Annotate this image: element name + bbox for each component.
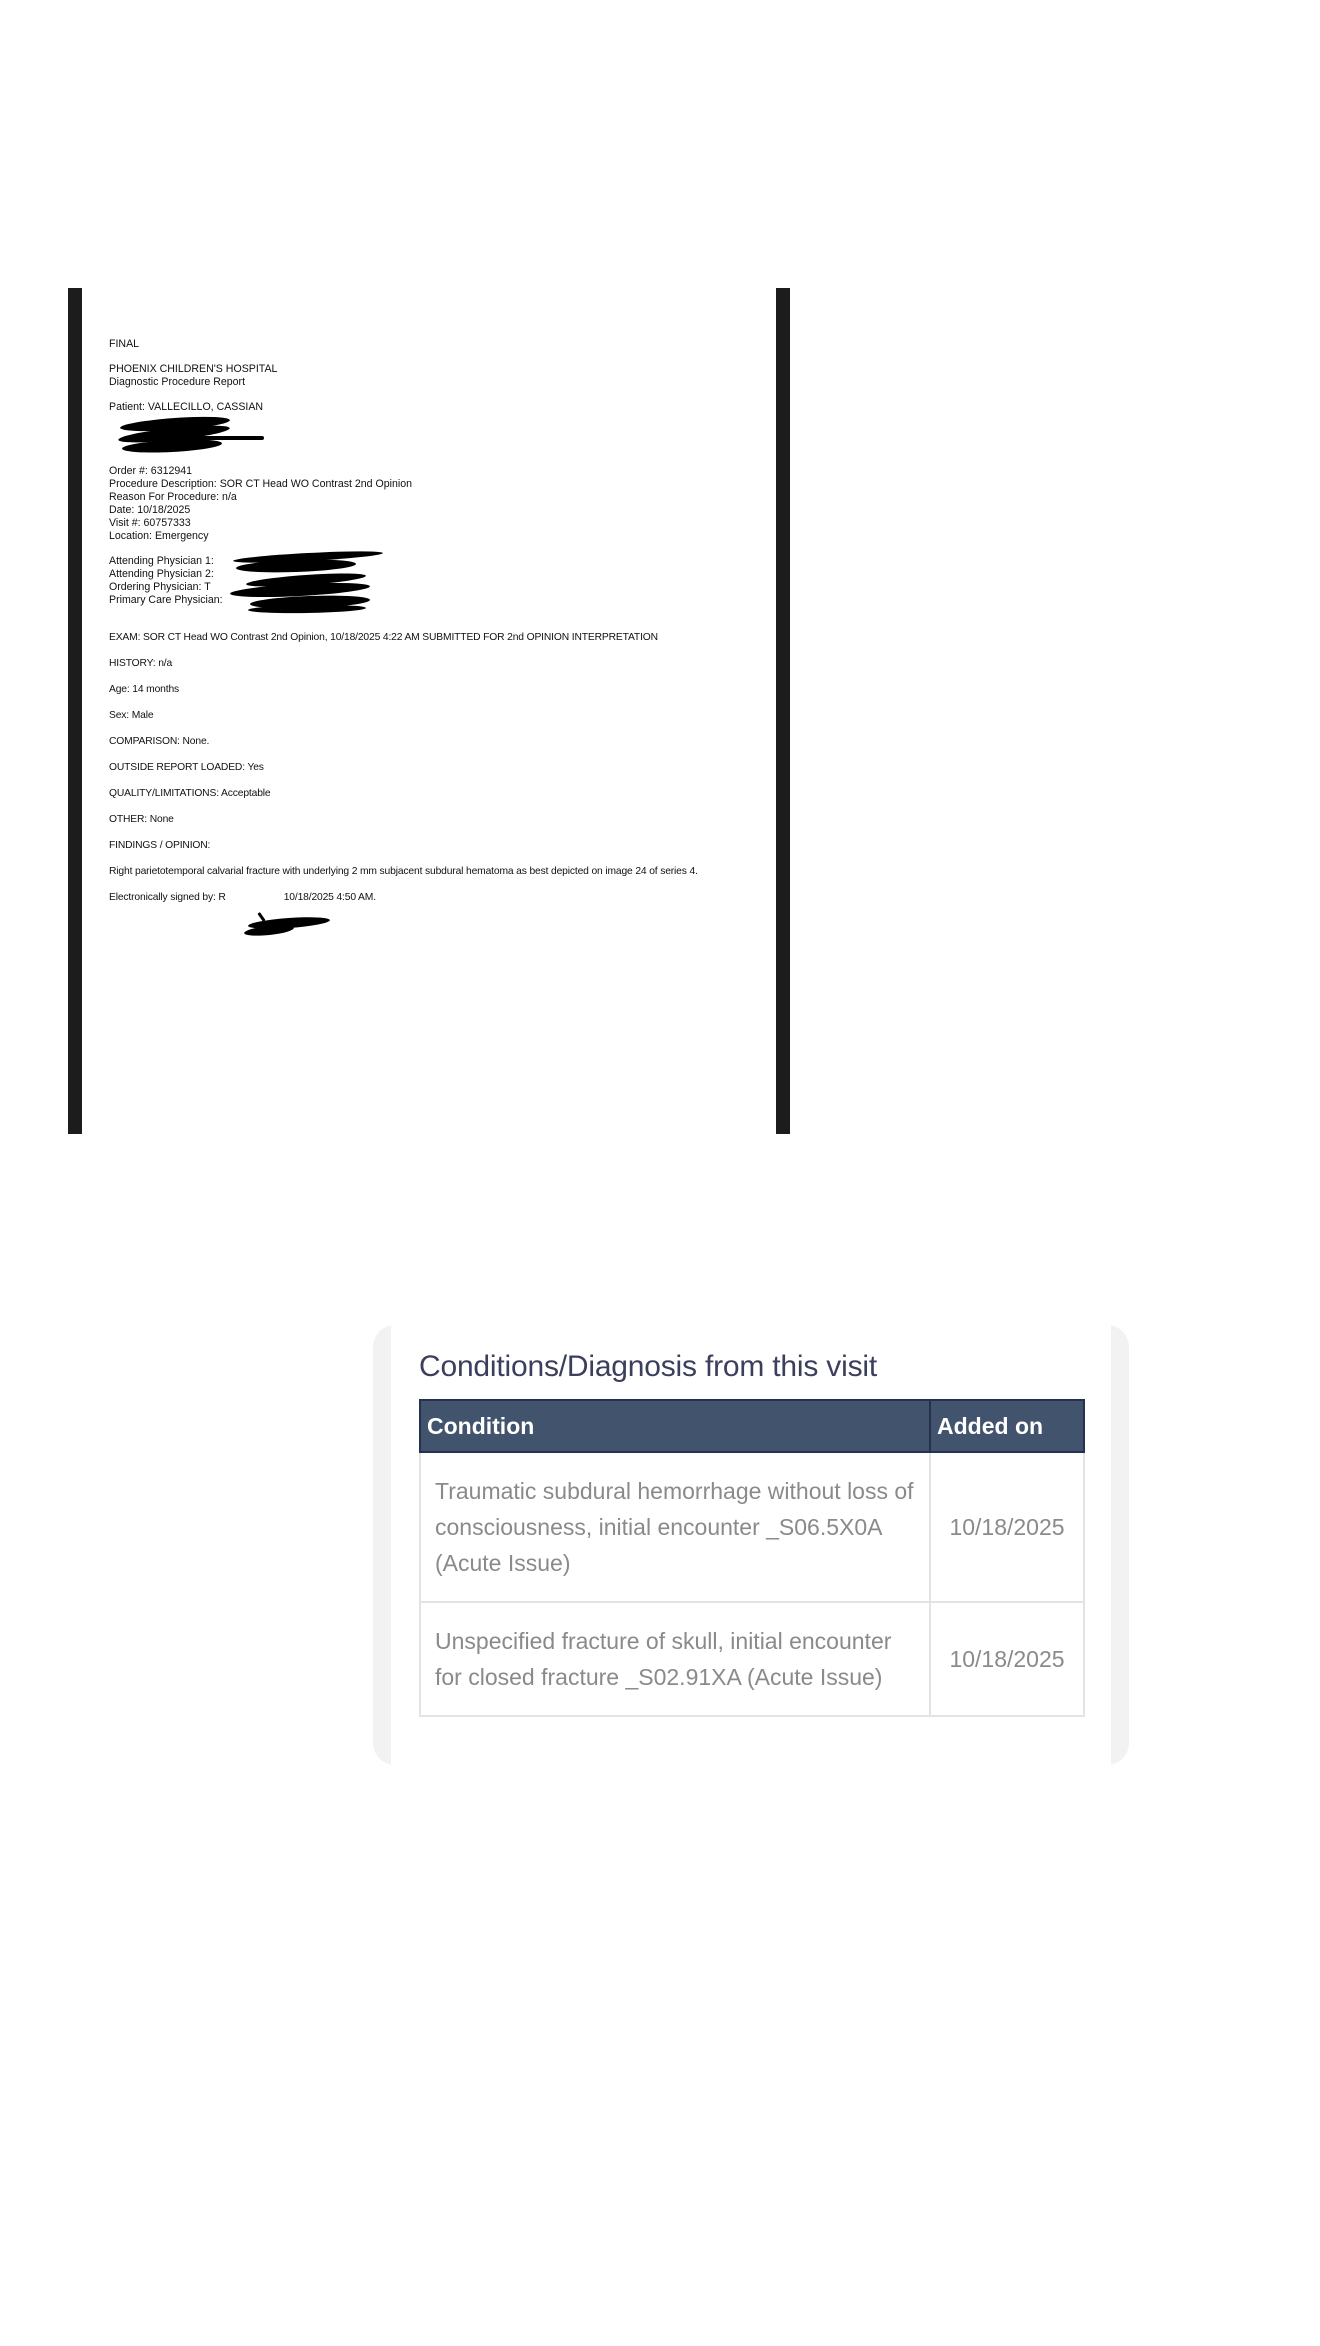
table-row: Traumatic subdural hemorrhage without lo… [420,1452,1084,1602]
patient-name: Patient: VALLECILLO, CASSIAN [109,401,749,414]
report-type: Diagnostic Procedure Report [109,376,749,389]
age-line: Age: 14 months [109,683,749,696]
sex-line: Sex: Male [109,709,749,722]
added-on-cell: 10/18/2025 [930,1602,1084,1716]
comparison-line: COMPARISON: None. [109,735,749,748]
location: Location: Emergency [109,530,749,543]
visit-number: Visit #: 60757333 [109,517,749,530]
ordering-physician: Ordering Physician: T [109,581,749,594]
findings-text: Right parietotemporal calvarial fracture… [109,865,749,878]
signed-timestamp: 10/18/2025 4:50 AM. [284,892,376,903]
hospital-name: PHOENIX CHILDREN'S HOSPITAL [109,363,749,376]
procedure-description: Procedure Description: SOR CT Head WO Co… [109,478,749,491]
column-header-condition: Condition [420,1400,930,1452]
reason-for-procedure: Reason For Procedure: n/a [109,491,749,504]
order-number: Order #: 6312941 [109,465,749,478]
history-line: HISTORY: n/a [109,657,749,670]
condition-cell: Unspecified fracture of skull, initial e… [420,1602,930,1716]
attending-physician-2: Attending Physician 2: [109,568,749,581]
condition-cell: Traumatic subdural hemorrhage without lo… [420,1452,930,1602]
added-on-cell: 10/18/2025 [930,1452,1084,1602]
other-line: OTHER: None [109,813,749,826]
signed-by-label: Electronically signed by: R [109,892,226,903]
document-border-left [68,288,82,1134]
procedure-date: Date: 10/18/2025 [109,504,749,517]
document-border-right [776,288,790,1134]
primary-care-physician: Primary Care Physician: [109,594,749,607]
attending-physician-1: Attending Physician 1: [109,555,749,568]
report-status: FINAL [109,338,749,351]
signature-line: Electronically signed by: R10/18/2025 4:… [109,891,749,904]
quality-line: QUALITY/LIMITATIONS: Acceptable [109,787,749,800]
outside-report-line: OUTSIDE REPORT LOADED: Yes [109,761,749,774]
table-header-row: Condition Added on [420,1400,1084,1452]
exam-line: EXAM: SOR CT Head WO Contrast 2nd Opinio… [109,631,749,644]
conditions-table: Condition Added on Traumatic subdural he… [419,1399,1085,1717]
findings-heading: FINDINGS / OPINION: [109,839,749,852]
table-row: Unspecified fracture of skull, initial e… [420,1602,1084,1716]
column-header-added-on: Added on [930,1400,1084,1452]
conditions-title: Conditions/Diagnosis from this visit [419,1350,877,1384]
